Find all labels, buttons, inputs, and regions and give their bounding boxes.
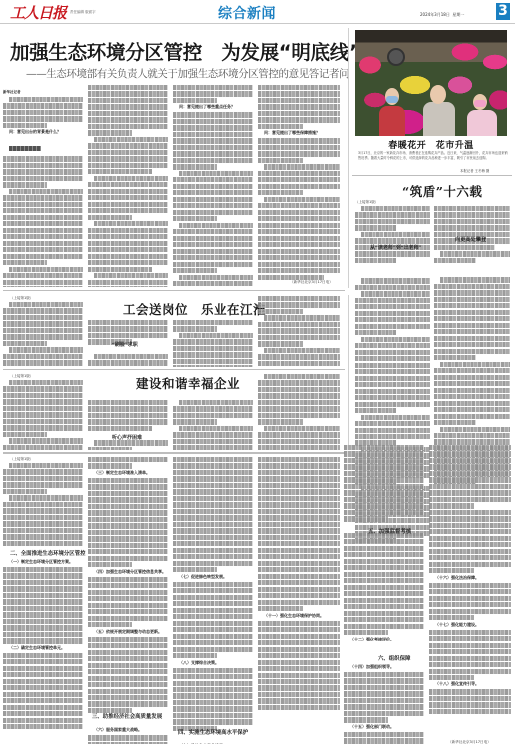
right-article-title: “筑盾”十六载: [402, 182, 482, 200]
lead-article-column-4: 问：意见提出了哪些保障措施？: [258, 85, 340, 287]
right-subhead-1: 从“读老师”到“出老师”: [370, 244, 422, 251]
question-2: 问：意见提出了哪些重点任务？: [179, 104, 253, 110]
item-9: （九）维护生态安全格局。: [179, 743, 253, 744]
lead-article-column-2: [88, 85, 168, 287]
item-1: （一）制定生态环境分区管控方案。: [9, 559, 83, 565]
lower-column-5: （十二）强化考核评价。: [344, 445, 424, 641]
page-number-badge: 3: [496, 3, 510, 20]
weekday: 星期一: [452, 12, 464, 17]
lead-end-note: （新华社北京3月17日电）: [290, 280, 333, 285]
enterprise-column-1: [3, 380, 83, 450]
flower-market-photo: [355, 30, 507, 136]
union-column-1: [3, 302, 83, 367]
item-7: （七）促进绿色转型发展。: [179, 574, 253, 580]
lower-end-note: （新华社北京3月17日电）: [448, 740, 491, 745]
section-5-heading: 五、加强监督考核: [368, 527, 411, 535]
right-article-continued: （上接第1版）: [355, 200, 378, 205]
enterprise-column-4: [258, 374, 340, 450]
photo-caption: 3月17日，北京的一家新花卉市场，消费者正在选购花卉产品。近日来，气温逐渐回升，…: [358, 151, 508, 161]
section-3-heading: 三、助推经济社会高质量发展: [92, 712, 162, 720]
item-15: （十五）强化部门联动。: [350, 724, 424, 730]
lead-subheadline: ——生态环境部有关负责人就关于加强生态环境分区管控的意见答记者问: [26, 66, 349, 81]
photo-title: 春暖花开 花市升温: [355, 138, 507, 151]
enterprise-subhead: 听心声抒困难: [112, 434, 142, 441]
section-6-heading: 六、组织保障: [378, 654, 410, 662]
divider: [3, 290, 345, 291]
photo-credit: 本报记者 王冬梅 摄: [460, 168, 489, 173]
item-5: （五）依规开展定期调整与动态更新。: [94, 629, 168, 635]
lower-column-1a: [3, 463, 83, 547]
lead-headline: 加强生态环境分区管控 为发展“明底线”“划边框”: [10, 37, 350, 65]
lower-column-1b: （一）制定生态环境分区管控方案。 （二）确定生态环境管控单元。: [3, 558, 83, 744]
masthead: 工人日报 责任编辑 版面字 综合新闻 2024年3月18日 星期一 3: [0, 0, 515, 24]
enterprise-article-title: 建设和谐幸福企业: [136, 374, 240, 392]
fan-shape: [387, 48, 405, 66]
union-column-4: [258, 296, 340, 367]
newspaper-logo: 工人日报: [10, 2, 66, 23]
lead-byline: 新华社记者: [3, 90, 21, 95]
item-17: （十七）强化能力建设。: [435, 622, 511, 628]
lower-column-6: （十六）强化法治保障。 （十七）强化能力建设。 （十八）强化宣传引导。: [429, 445, 511, 744]
union-continued: （上接第1版）: [10, 296, 33, 301]
union-article-title: 工会送岗位 乐业在江淮: [123, 300, 266, 318]
lower-column-3: （七）促进绿色转型发展。 （八）支撑综合决策。 （九）维护生态安全格局。: [173, 457, 253, 744]
question-1: 问：意见出台的背景是什么？: [9, 129, 83, 135]
date: 2024年3月18日: [420, 12, 450, 17]
question-3: 问：意见提出了哪些保障措施？: [264, 130, 340, 136]
lower-column-5b: （十四）加强组织领导。 （十五）强化部门联动。: [344, 663, 424, 744]
item-14: （十四）加强组织领导。: [350, 664, 424, 670]
lead-article-column-1: 问：意见出台的背景是什么？ 问：生态环境分区管控工作有哪些积极意义？: [3, 97, 83, 287]
enterprise-continued: （上接第1版）: [10, 374, 33, 379]
item-4: （四）加强生态环境分区管控信息共享。: [94, 569, 168, 575]
item-16: （十六）强化法治保障。: [435, 575, 511, 581]
lead-article-column-3: 问：意见提出了哪些重点任务？: [173, 85, 253, 287]
item-3: （三）制定生态环境准入清单。: [94, 470, 168, 476]
section-4-heading: 四、实施生态环境高水平保护: [178, 728, 248, 736]
divider: [352, 175, 512, 176]
lower-continued: （上接第1版）: [10, 457, 33, 462]
item-6: （六）服务国家重大战略。: [94, 727, 168, 733]
publication-date: 2024年3月18日 星期一: [420, 12, 464, 18]
item-12: （十二）强化考核评价。: [350, 637, 424, 641]
item-2: （二）确定生态环境管控单元。: [9, 645, 83, 651]
lower-column-4: （十一）强化生态环境保护协同。: [258, 457, 340, 744]
section-2-heading: 二、全面推进生态环境分区管控: [10, 549, 85, 557]
item-11: （十一）强化生态环境保护协同。: [264, 613, 340, 619]
item-18: （十八）强化宣传引导。: [435, 681, 511, 687]
section-name: 综合新闻: [218, 3, 276, 23]
enterprise-column-2: [88, 400, 168, 450]
union-column-3: [173, 320, 253, 367]
enterprise-column-3: [173, 400, 253, 450]
union-subhead: “刷脸”求职: [112, 341, 138, 348]
lower-column-2: （三）制定生态环境准入清单。 （四）加强生态环境分区管控信息共享。 （五）依规开…: [88, 457, 168, 744]
editor-credit: 责任编辑 版面字: [70, 10, 96, 15]
right-subhead-2: 向更高处攀登: [455, 236, 486, 243]
item-8: （八）支撑综合决策。: [179, 660, 253, 666]
